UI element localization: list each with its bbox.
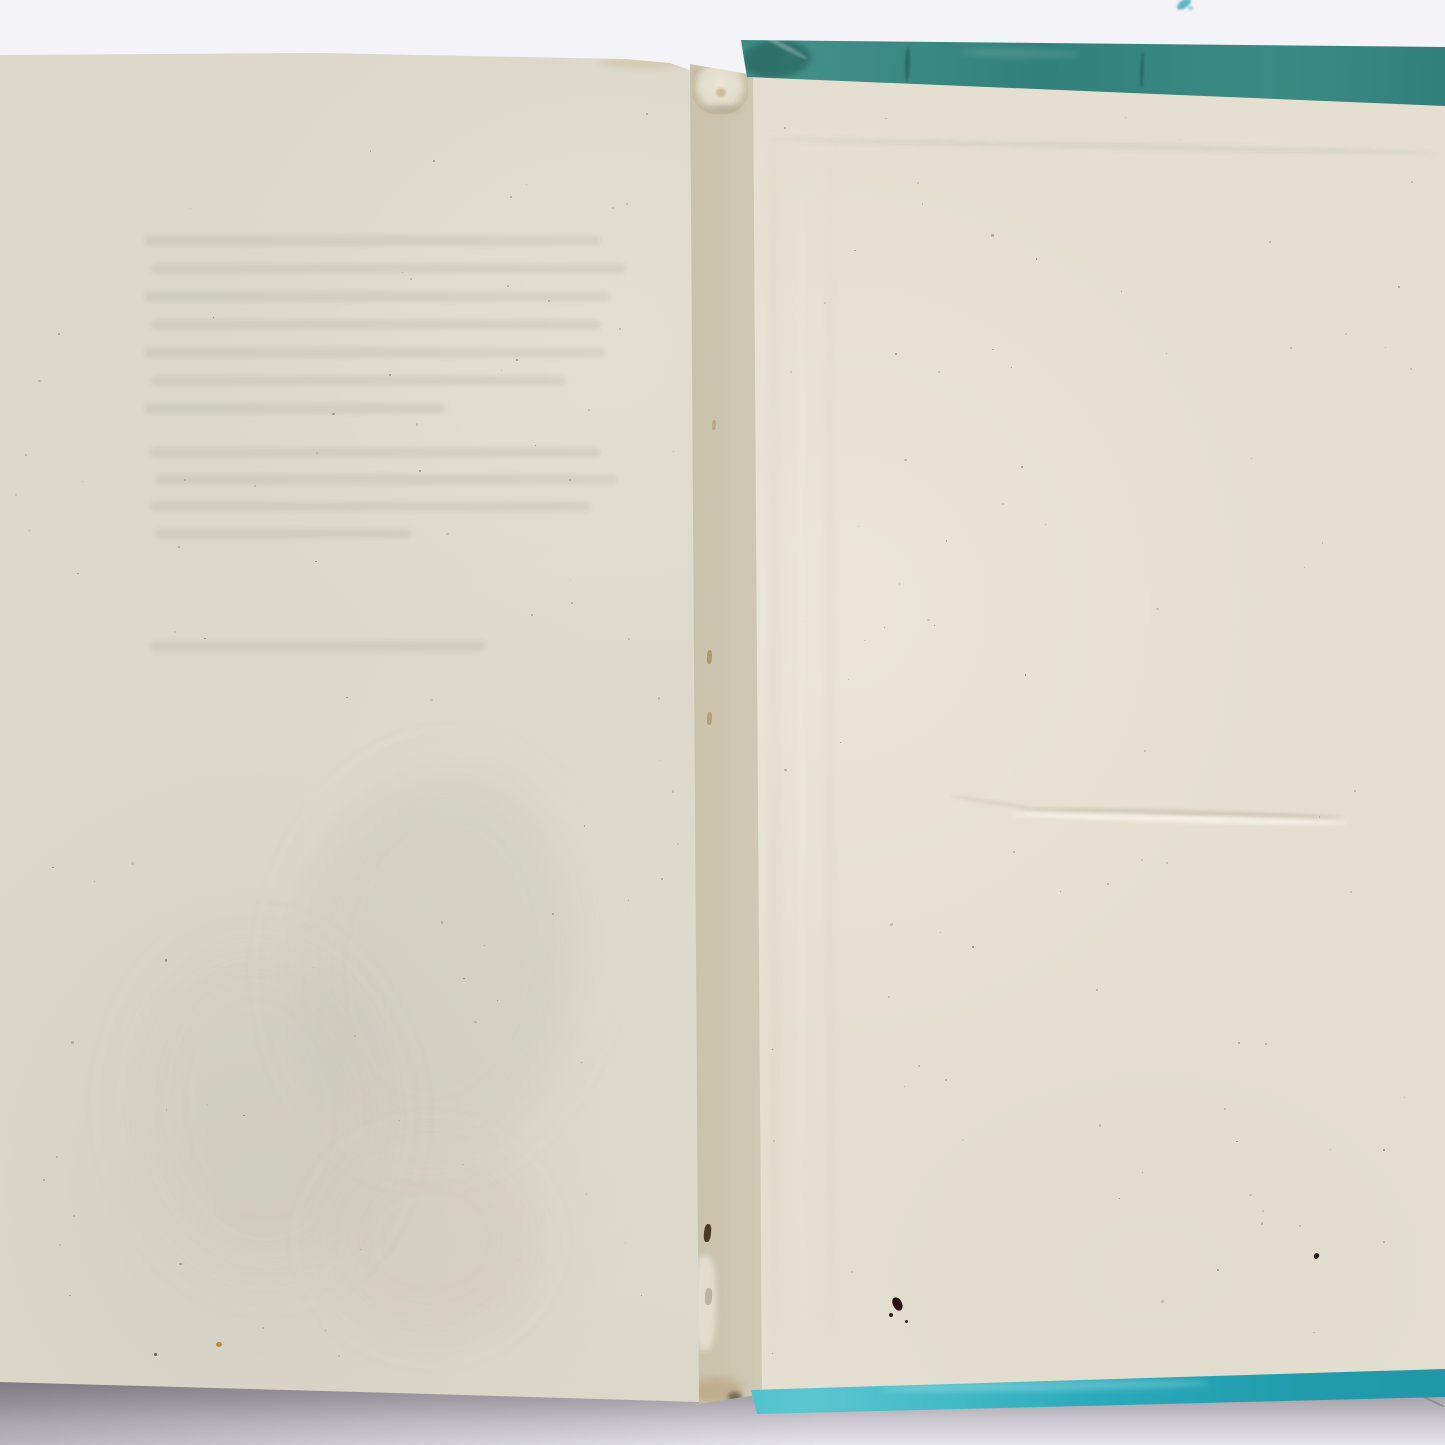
mark: [216, 1342, 222, 1347]
book-photo: [0, 0, 1445, 1445]
mark: [716, 88, 726, 97]
mark: [1313, 1252, 1320, 1259]
mark: [154, 1353, 157, 1356]
mark: [905, 1320, 908, 1323]
mark: [1139, 52, 1144, 88]
mark: [707, 650, 713, 664]
mark: [828, 140, 833, 1350]
mark: [772, 130, 777, 1360]
mark: [765, 136, 1440, 156]
mark: [904, 46, 910, 82]
mark: [703, 1224, 712, 1243]
mark: [712, 420, 716, 430]
mark: [707, 712, 713, 725]
mark: [950, 794, 1030, 809]
mark: [800, 150, 804, 1350]
mark: [960, 47, 1080, 59]
mark: [889, 1313, 893, 1317]
mark: [891, 1296, 905, 1312]
mark: [1188, 6, 1193, 10]
